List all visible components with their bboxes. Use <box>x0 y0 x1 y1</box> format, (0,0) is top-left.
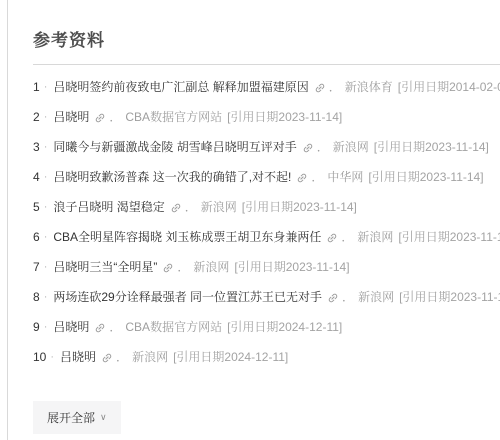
ref-source-separator: ． <box>109 109 121 126</box>
ref-title-link[interactable]: 吕晓明 <box>53 319 89 336</box>
reference-item: 10 · 吕晓明 ． 新浪网 [引用日期2024-12-11] <box>33 349 500 366</box>
link-icon[interactable] <box>324 229 341 246</box>
ref-number: 1 <box>33 79 40 96</box>
ref-number: 7 <box>33 259 40 276</box>
reference-list: 1 · 吕晓明签约前夜致电广汇副总 解释加盟福建原因 ． 新浪体育 [引用日期2… <box>33 79 500 366</box>
ref-cite-date: [引用日期2023-11-14] <box>399 289 500 306</box>
ref-bullet: · <box>50 349 54 366</box>
section-title: 参考资料 <box>33 26 500 51</box>
ref-cite-date: [引用日期2023-11-14] <box>227 109 342 126</box>
ref-source: 新浪网 <box>201 199 237 216</box>
ref-source: 新浪网 <box>132 349 168 366</box>
ref-bullet: · <box>44 289 48 306</box>
ref-source: CBA数据官方网站 <box>125 109 222 126</box>
link-icon[interactable] <box>160 259 177 276</box>
ref-source-separator: ． <box>317 139 329 156</box>
ref-bullet: · <box>44 79 48 96</box>
link-icon[interactable] <box>99 349 116 366</box>
reference-item: 9 · 吕晓明 ． CBA数据官方网站 [引用日期2024-12-11] <box>33 319 500 336</box>
ref-number: 5 <box>33 199 40 216</box>
ref-bullet: · <box>44 259 48 276</box>
ref-source: 新浪网 <box>193 259 229 276</box>
ref-title-link[interactable]: 两场连砍29分诠释最强者 同一位置江苏王已无对手 <box>53 289 322 306</box>
ref-source: 新浪网 <box>358 289 394 306</box>
ref-bullet: · <box>44 229 48 246</box>
ref-number: 8 <box>33 289 40 306</box>
ref-title-link[interactable]: 吕晓明 <box>60 349 96 366</box>
references-section: 参考资料 1 · 吕晓明签约前夜致电广汇副总 解释加盟福建原因 ． 新浪体育 [… <box>0 0 500 440</box>
ref-cite-date: [引用日期2024-12-11] <box>173 349 288 366</box>
ref-bullet: · <box>44 139 48 156</box>
ref-cite-date: [引用日期2023-11-14] <box>374 139 489 156</box>
section-divider <box>33 64 500 65</box>
ref-source: CBA数据官方网站 <box>125 319 222 336</box>
ref-source-separator: ． <box>311 169 323 186</box>
link-icon[interactable] <box>325 289 342 306</box>
ref-number: 3 <box>33 139 40 156</box>
ref-title-link[interactable]: 吕晓明签约前夜致电广汇副总 解释加盟福建原因 <box>53 79 308 96</box>
ref-title-link[interactable]: 浪子吕晓明 渴望稳定 <box>53 199 164 216</box>
reference-item: 3 · 同曦今与新疆激战金陵 胡雪峰吕晓明互评对手 ． 新浪网 [引用日期202… <box>33 139 500 156</box>
expand-all-label: 展开全部 <box>47 409 95 426</box>
ref-source: 新浪体育 <box>345 79 393 96</box>
reference-item: 5 · 浪子吕晓明 渴望稳定 ． 新浪网 [引用日期2023-11-14] <box>33 199 500 216</box>
reference-item: 7 · 吕晓明三当“全明星” ． 新浪网 [引用日期2023-11-14] <box>33 259 500 276</box>
ref-title-link[interactable]: 吕晓明致歉汤普森 这一次我的确错了,对不起! <box>53 169 291 186</box>
ref-source-separator: ． <box>116 349 128 366</box>
ref-source-separator: ． <box>109 319 121 336</box>
reference-item: 1 · 吕晓明签约前夜致电广汇副总 解释加盟福建原因 ． 新浪体育 [引用日期2… <box>33 79 500 96</box>
ref-bullet: · <box>44 319 48 336</box>
ref-cite-date: [引用日期2023-11-14] <box>234 259 349 276</box>
ref-cite-date: [引用日期2024-12-11] <box>227 319 342 336</box>
link-icon[interactable] <box>92 319 109 336</box>
ref-bullet: · <box>44 109 48 126</box>
ref-source-separator: ． <box>341 229 353 246</box>
ref-title-link[interactable]: CBA全明星阵容揭晓 刘玉栋成票王胡卫东身兼两任 <box>53 229 321 246</box>
ref-source-separator: ． <box>185 199 197 216</box>
ref-source-separator: ． <box>177 259 189 276</box>
expand-all-button[interactable]: 展开全部 ∨ <box>33 401 121 434</box>
link-icon[interactable] <box>167 199 184 216</box>
ref-source: 新浪网 <box>333 139 369 156</box>
ref-title-link[interactable]: 吕晓明 <box>53 109 89 126</box>
ref-number: 6 <box>33 229 40 246</box>
ref-source: 中华网 <box>327 169 363 186</box>
ref-source-separator: ． <box>342 289 354 306</box>
ref-title-link[interactable]: 吕晓明三当“全明星” <box>53 259 157 276</box>
ref-cite-date: [引用日期2023-11-14] <box>242 199 357 216</box>
ref-title-link[interactable]: 同曦今与新疆激战金陵 胡雪峰吕晓明互评对手 <box>53 139 296 156</box>
ref-bullet: · <box>44 169 48 186</box>
chevron-down-icon: ∨ <box>100 412 107 423</box>
link-icon[interactable] <box>311 79 328 96</box>
reference-item: 2 · 吕晓明 ． CBA数据官方网站 [引用日期2023-11-14] <box>33 109 500 126</box>
link-icon[interactable] <box>294 169 311 186</box>
link-icon[interactable] <box>299 139 316 156</box>
link-icon[interactable] <box>92 109 109 126</box>
ref-cite-date: [引用日期2023-11-14] <box>368 169 483 186</box>
reference-item: 8 · 两场连砍29分诠释最强者 同一位置江苏王已无对手 ． 新浪网 [引用日期… <box>33 289 500 306</box>
ref-number: 10 <box>33 349 46 366</box>
ref-source: 新浪网 <box>357 229 393 246</box>
ref-number: 2 <box>33 109 40 126</box>
ref-number: 9 <box>33 319 40 336</box>
ref-bullet: · <box>44 199 48 216</box>
reference-item: 4 · 吕晓明致歉汤普森 这一次我的确错了,对不起! ． 中华网 [引用日期20… <box>33 169 500 186</box>
ref-number: 4 <box>33 169 40 186</box>
ref-cite-date: [引用日期2023-11-14] <box>398 229 500 246</box>
ref-source-separator: ． <box>329 79 341 96</box>
reference-item: 6 · CBA全明星阵容揭晓 刘玉栋成票王胡卫东身兼两任 ． 新浪网 [引用日期… <box>33 229 500 246</box>
ref-cite-date: [引用日期2014-02-05] <box>398 79 500 96</box>
